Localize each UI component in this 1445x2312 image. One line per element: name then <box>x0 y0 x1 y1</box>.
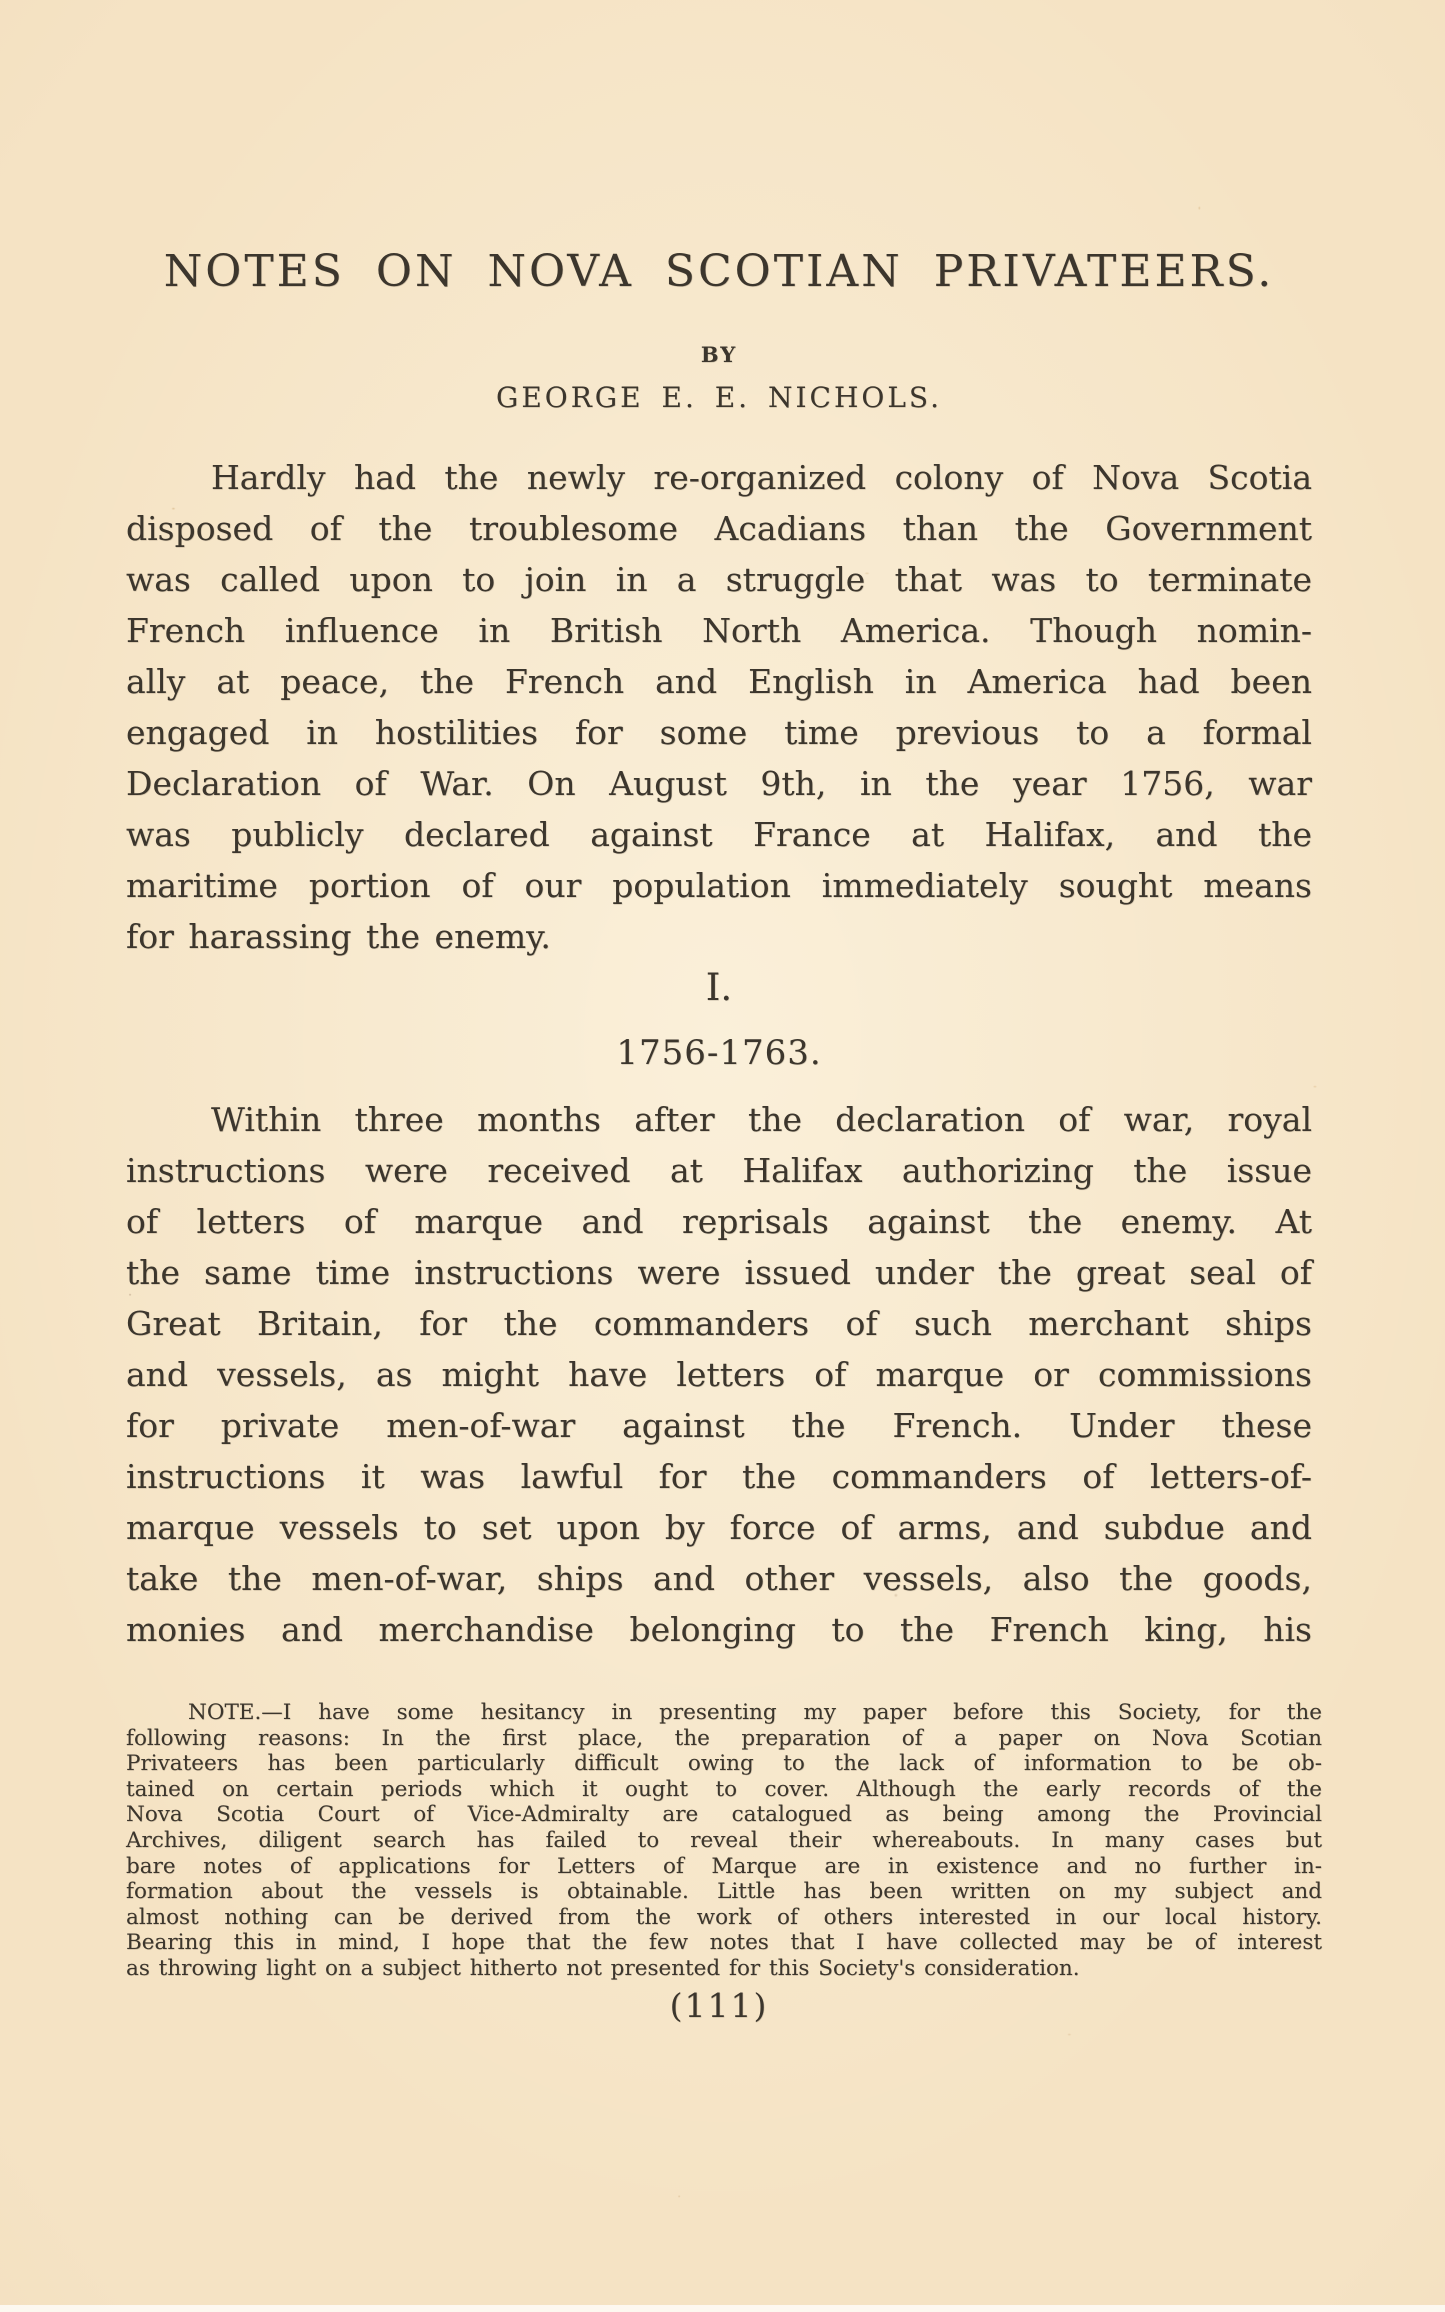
text-line: NOTE.—I have some hesitancy in presentin… <box>126 1700 1322 1726</box>
byline-label: BY <box>126 342 1312 367</box>
text-line: Hardly had the newly re-organized colony… <box>126 452 1312 503</box>
text-line: almost nothing can be derived from the w… <box>126 1905 1322 1931</box>
text-line: Declaration of War. On August 9th, in th… <box>126 758 1312 809</box>
text-line: for private men-of-war against the Frenc… <box>126 1400 1312 1451</box>
text-line: the same time instructions were issued u… <box>126 1247 1312 1298</box>
text-line: and vessels, as might have letters of ma… <box>126 1349 1312 1400</box>
text-line: take the men-of-war, ships and other ves… <box>126 1553 1312 1604</box>
text-line: following reasons: In the first place, t… <box>126 1726 1322 1752</box>
text-line: for harassing the enemy. <box>126 911 1312 962</box>
text-line: disposed of the troublesome Acadians tha… <box>126 503 1312 554</box>
text-line: Nova Scotia Court of Vice-Admiralty are … <box>126 1802 1322 1828</box>
text-line: as throwing light on a subject hitherto … <box>126 1956 1322 1982</box>
text-line: tained on certain periods which it ought… <box>126 1777 1322 1803</box>
page-number: (111) <box>126 1986 1312 2025</box>
text-line: Bearing this in mind, I hope that the fe… <box>126 1930 1322 1956</box>
section-number-heading: I. <box>126 966 1312 1009</box>
text-line: bare notes of applications for Letters o… <box>126 1854 1322 1880</box>
page-title: NOTES ON NOVA SCOTIAN PRIVATEERS. <box>126 246 1312 297</box>
text-line: was called upon to join in a struggle th… <box>126 554 1312 605</box>
scanned-paper-page: NOTES ON NOVA SCOTIAN PRIVATEERS. BY GEO… <box>0 0 1445 2312</box>
text-line: maritime portion of our population immed… <box>126 860 1312 911</box>
text-line: ally at peace, the French and English in… <box>126 656 1312 707</box>
text-line: of letters of marque and reprisals again… <box>126 1196 1312 1247</box>
text-line: was publicly declared against France at … <box>126 809 1312 860</box>
footnote: NOTE.—I have some hesitancy in presentin… <box>126 1700 1322 1982</box>
text-line: monies and merchandise belonging to the … <box>126 1604 1312 1655</box>
text-line: instructions it was lawful for the comma… <box>126 1451 1312 1502</box>
text-line: marque vessels to set upon by force of a… <box>126 1502 1312 1553</box>
text-line: engaged in hostilities for some time pre… <box>126 707 1312 758</box>
text-line: Great Britain, for the commanders of suc… <box>126 1298 1312 1349</box>
text-line: Privateers has been particularly difficu… <box>126 1751 1322 1777</box>
author-name: GEORGE E. E. NICHOLS. <box>126 381 1312 414</box>
section-paragraph: Within three months after the declaratio… <box>126 1094 1312 1655</box>
text-line: French influence in British North Americ… <box>126 605 1312 656</box>
text-line: Archives, diligent search has failed to … <box>126 1828 1322 1854</box>
text-line: instructions were received at Halifax au… <box>126 1145 1312 1196</box>
section-years-heading: 1756-1763. <box>126 1033 1312 1073</box>
text-line: formation about the vessels is obtainabl… <box>126 1879 1322 1905</box>
intro-paragraph: Hardly had the newly re-organized colony… <box>126 452 1312 962</box>
text-line: Within three months after the declaratio… <box>126 1094 1312 1145</box>
